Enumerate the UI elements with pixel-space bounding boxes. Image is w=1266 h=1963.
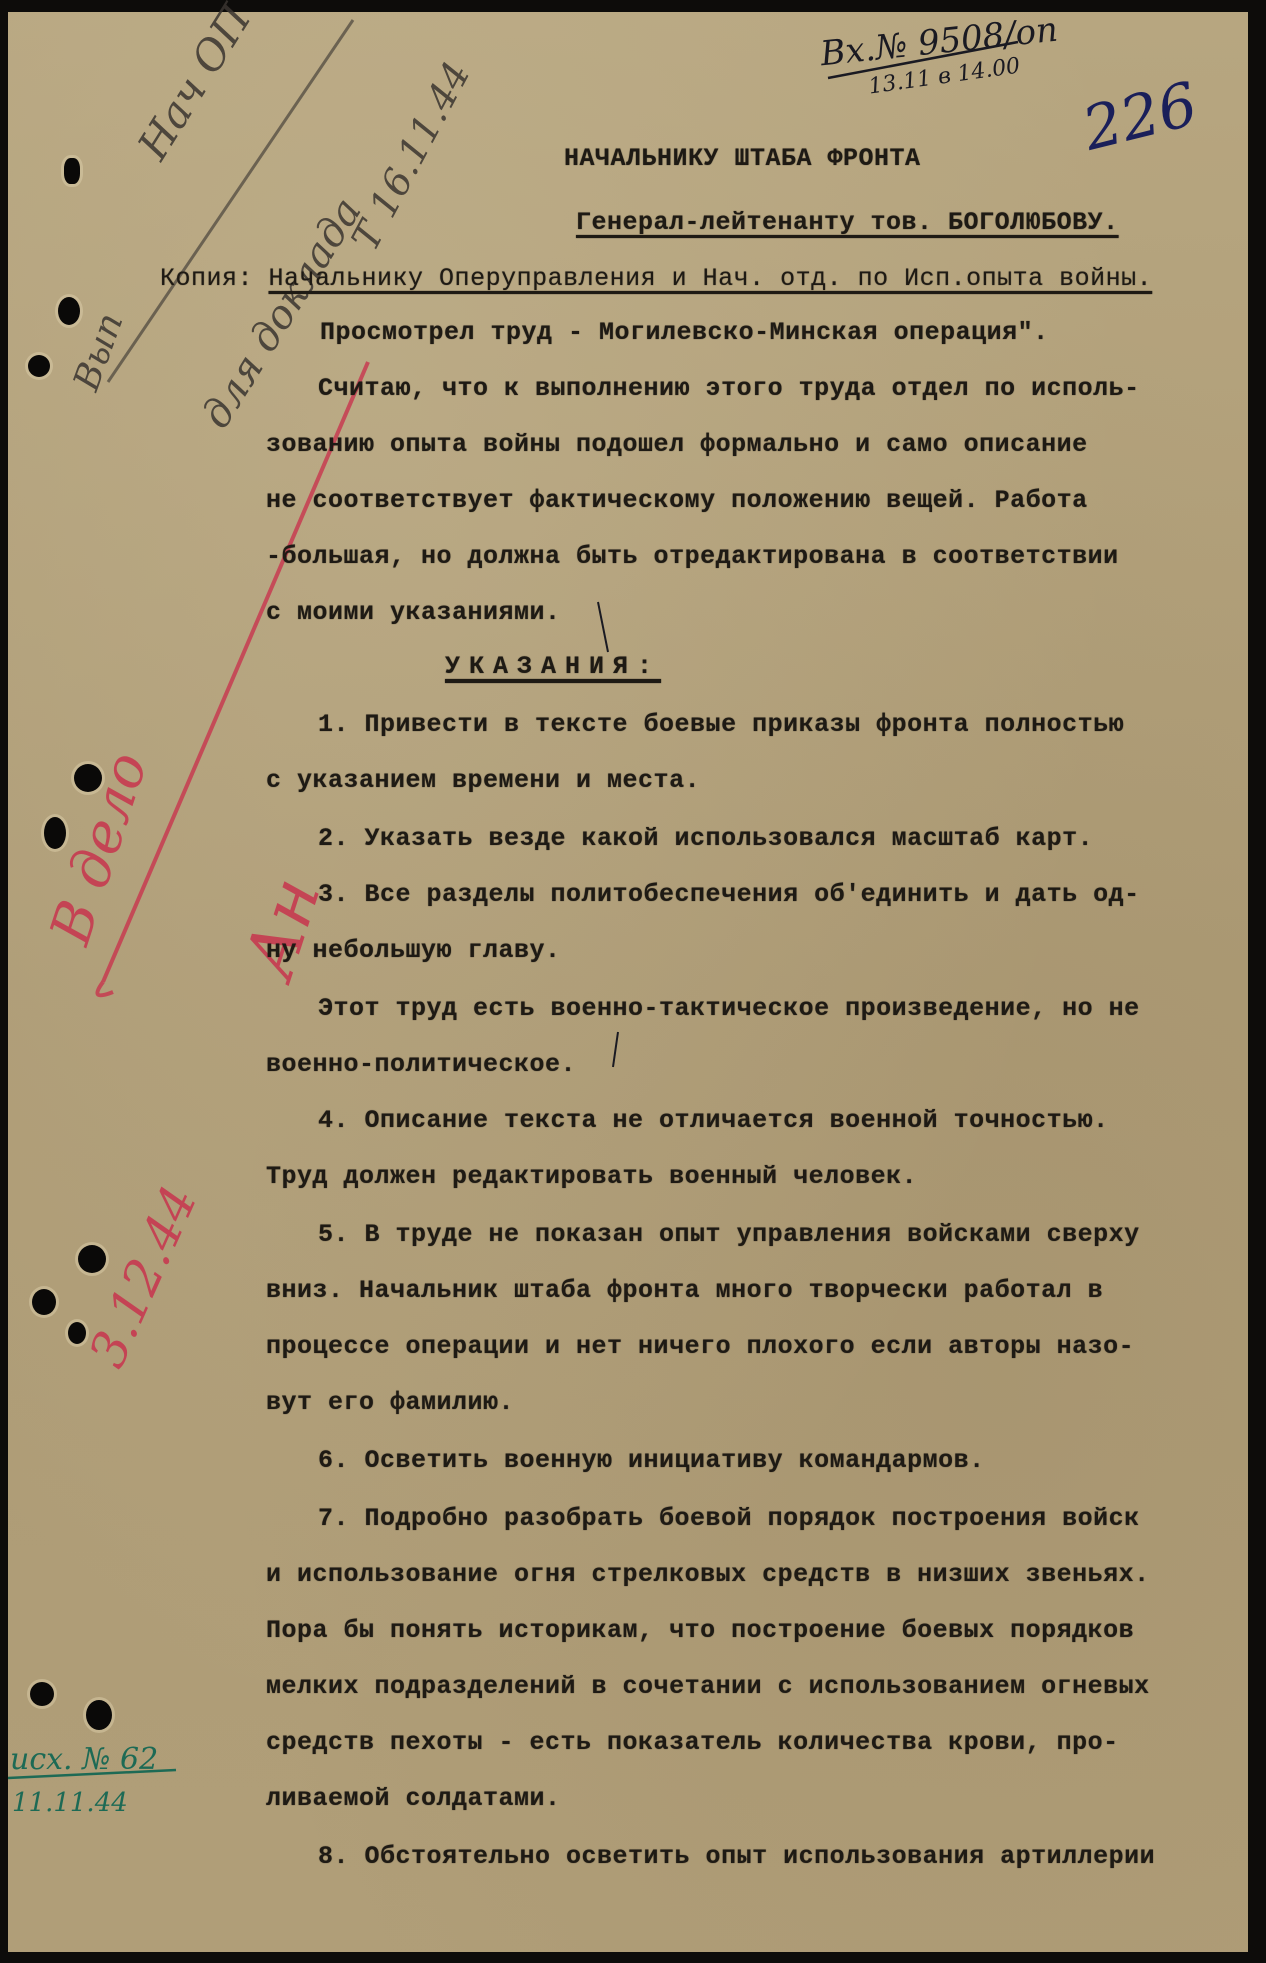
instruction-item-4: 4. Описание текста не отличается военной… (318, 1106, 1109, 1135)
instruction-item-3-cont: ну небольшую главу. (266, 936, 561, 965)
instruction-item-8: 8. Обстоятельно осветить опыт использова… (318, 1842, 1155, 1871)
punch-hole (78, 1245, 106, 1273)
instructions-heading: УКАЗАНИЯ: (445, 652, 661, 681)
addressee-line-2: Генерал-лейтенанту тов. БОГОЛЮБОВУ. (576, 208, 1119, 237)
instruction-item-3: 3. Все разделы политобеспечения об'едини… (318, 880, 1140, 909)
instruction-item-7-cont: средств пехоты - есть показатель количес… (266, 1728, 1119, 1757)
instruction-item-6: 6. Осветить военную инициативу командарм… (318, 1446, 985, 1475)
paragraph-line: не соответствует фактическому положению … (266, 486, 1088, 515)
intro-line: Просмотрел труд - Могилевско-Минская опе… (320, 318, 1049, 347)
instruction-item-7-cont: ливаемой солдатами. (266, 1784, 561, 1813)
copy-line: Копия: Начальнику Оперуправления и Нач. … (160, 264, 1152, 293)
instruction-item-5-cont: вут его фамилию. (266, 1388, 514, 1417)
paragraph-line: -большая, но должна быть отредактирована… (266, 542, 1119, 571)
punch-hole (32, 1289, 56, 1315)
instruction-item-4-cont: Труд должен редактировать военный челове… (266, 1162, 917, 1191)
ink-tick-mark (598, 602, 608, 652)
instruction-item-1-cont: с указанием времени и места. (266, 766, 700, 795)
punch-hole (28, 355, 50, 377)
annotation-strokes (8, 12, 1248, 1952)
pencil-resolution-nach-op: Нач ОП (128, 0, 261, 168)
paragraph-line: Считаю, что к выполнению этого труда отд… (318, 374, 1140, 403)
instruction-note-cont: военно-политическое. (266, 1050, 576, 1079)
red-date: 3.12.44 (78, 1178, 209, 1376)
instruction-note: Этот труд есть военно-тактическое произв… (318, 994, 1140, 1023)
punch-hole (64, 158, 80, 184)
paragraph-line: с моими указаниями. (266, 598, 561, 627)
green-outgoing-date: 11.11.44 (12, 1788, 128, 1818)
punch-hole (44, 817, 66, 849)
copy-label: Копия: (160, 264, 253, 293)
instruction-item-7-cont: и использование огня стрелковых средств … (266, 1560, 1150, 1589)
punch-hole (86, 1700, 112, 1730)
page-number: 226 (1076, 69, 1204, 165)
paragraph-line: зованию опыта войны подошел формально и … (266, 430, 1088, 459)
instruction-item-1: 1. Привести в тексте боевые приказы фрон… (318, 710, 1124, 739)
pencil-signature-date: Т 16.11.44 (343, 55, 479, 258)
addressee-line-1: НАЧАЛЬНИКУ ШТАБА ФРОНТА (564, 144, 921, 173)
copy-recipients: Начальнику Оперуправления и Нач. отд. по… (269, 264, 1153, 293)
punch-hole (30, 1682, 54, 1706)
instruction-item-7: 7. Подробно разобрать боевой порядок пос… (318, 1504, 1140, 1533)
document-page: Вх.№ 9508/оп 13.11 в 14.00 226 Нач ОП дл… (8, 12, 1248, 1952)
punch-hole (58, 297, 80, 325)
green-outgoing-number: исх. № 62 (10, 1742, 158, 1777)
instruction-item-2: 2. Указать везде какой использовался мас… (318, 824, 1093, 853)
instruction-item-7-cont: мелких подразделений в сочетании с испол… (266, 1672, 1150, 1701)
instruction-item-5-cont: вниз. Начальник штаба фронта много творч… (266, 1276, 1103, 1305)
instruction-item-5-cont: процессе операции и нет ничего плохого е… (266, 1332, 1134, 1361)
instruction-item-7-cont: Пора бы понять историкам, что построение… (266, 1616, 1134, 1645)
instruction-item-5: 5. В труде не показан опыт управления во… (318, 1220, 1140, 1249)
pencil-diagonal-line (108, 20, 353, 382)
